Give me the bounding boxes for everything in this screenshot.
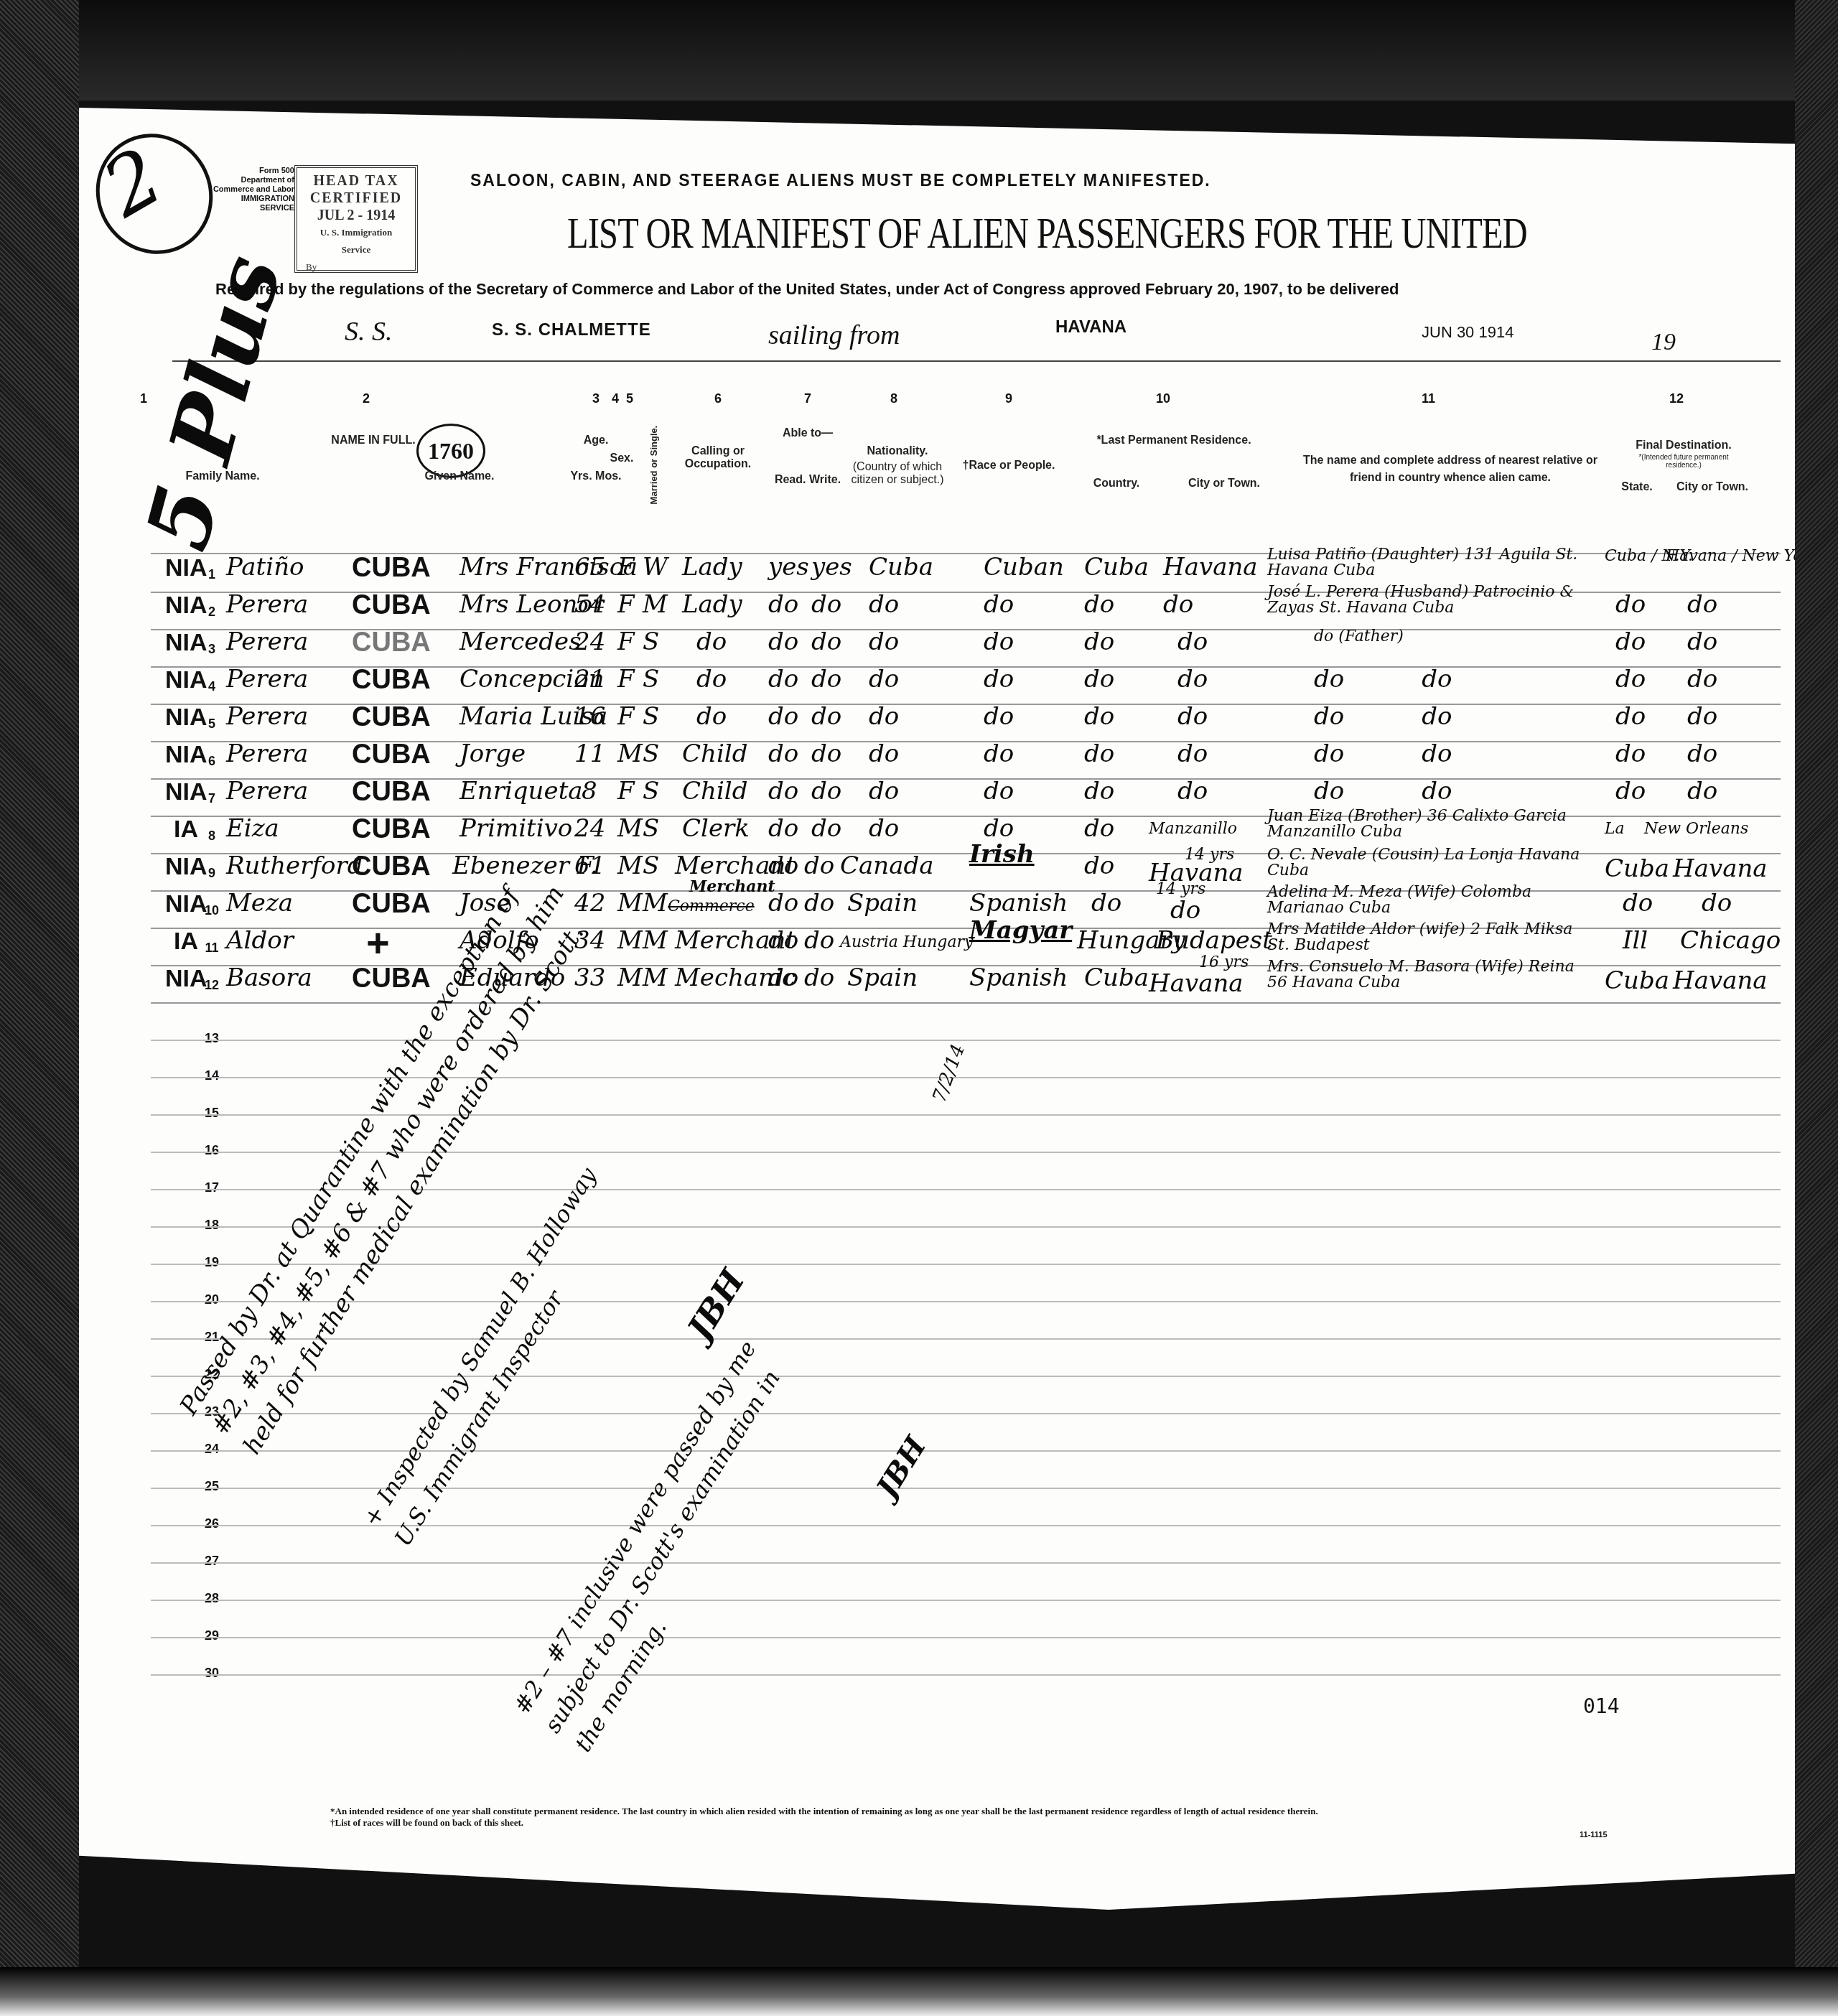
col-num-5: 5 [626, 391, 633, 406]
ship-name: S. S. CHALMETTE [492, 320, 651, 340]
destination-state: Ill [1623, 926, 1648, 955]
head-tax-stamp: HEAD TAX CERTIFIED JUL 2 - 1914 U. S. Im… [294, 165, 418, 273]
rule [151, 1376, 1781, 1377]
row-number: 14 [201, 1068, 223, 1083]
rule [151, 1600, 1781, 1601]
header-married-single: Married or Single. [648, 422, 659, 508]
family-name: Perera [226, 702, 308, 731]
read: yes [768, 553, 809, 582]
col-num-4: 4 [612, 391, 619, 406]
age: 33 [574, 963, 605, 992]
family-name: Perera [226, 665, 308, 694]
race: do [984, 739, 1014, 768]
inspection-code: IA [174, 928, 198, 956]
sex: F [617, 702, 635, 731]
marital-status: S [643, 851, 659, 880]
department: Department of Commerce and Labor [208, 176, 294, 195]
footnotes: *An intended residence of one year shall… [330, 1806, 1694, 1829]
col-num-10: 10 [1156, 391, 1170, 406]
family-name: Perera [226, 590, 308, 619]
header-relative: The name and complete address of nearest… [1300, 452, 1601, 487]
sex: F [617, 590, 635, 619]
destination-city: do [1687, 777, 1717, 806]
nationality: do [869, 739, 899, 768]
row-number: 8 [201, 829, 223, 844]
race: Magyar [969, 916, 1072, 945]
nearest-relative: Mrs Matilde Aldor (wife) 2 Falk Miksa St… [1267, 922, 1597, 953]
destination-city: do [1687, 739, 1717, 768]
sailing-date: JUN 30 1914 [1422, 323, 1513, 342]
form-id: Form 500 Department of Commerce and Labo… [208, 167, 294, 213]
race: do [984, 777, 1014, 806]
cuba-stamp: CUBA [352, 851, 431, 882]
destination-state: do [1615, 590, 1646, 619]
read: do [768, 590, 798, 619]
examination-note: #2 – #7 inclusive were passed by me subj… [505, 1306, 844, 1759]
divider [172, 360, 1781, 362]
row-number: 19 [201, 1255, 223, 1270]
residence-city: Havana [1163, 553, 1258, 582]
given-name: Jorge [459, 739, 526, 768]
occupation: Lady [682, 590, 742, 619]
occupation: Child [682, 739, 747, 768]
subtitle: Required by the regulations of the Secre… [215, 280, 1399, 299]
stamp-date: JUL 2 - 1914 [306, 207, 406, 224]
read: do [768, 739, 798, 768]
form-number: Form 500 [208, 167, 294, 176]
given-name: Mrs Francisca [459, 553, 638, 582]
residence-country: do [1084, 777, 1114, 806]
age: 61 [574, 851, 605, 880]
col-num-12: 12 [1669, 391, 1684, 406]
row-number: 9 [201, 866, 223, 881]
rule [151, 1562, 1781, 1564]
row-number: 1 [201, 567, 223, 582]
destination-state: La [1605, 820, 1625, 838]
sex: M [617, 851, 643, 880]
residence-country: do [1084, 851, 1114, 880]
row-number: 24 [201, 1442, 223, 1457]
sex: M [617, 814, 643, 843]
header-state: State. [1608, 481, 1666, 494]
row-number: 17 [201, 1180, 223, 1195]
rule [151, 1674, 1781, 1676]
read: do [768, 665, 798, 694]
header-final-destination: Final Destination. [1623, 439, 1745, 452]
inspection-code: IA [174, 816, 198, 844]
rule [151, 1002, 1781, 1004]
destination-state: do [1623, 889, 1653, 918]
header-nationality: Nationality. [847, 445, 948, 458]
ss-label: S. S. [345, 316, 393, 347]
nationality: Cuba [869, 553, 933, 582]
age: 8 [582, 777, 597, 806]
nearest-relative: do do [1314, 665, 1452, 694]
header-yrs-mos: Yrs. Mos. [567, 470, 625, 483]
service: IMMIGRATION SERVICE [208, 195, 294, 213]
residence-city: Havana [1149, 969, 1244, 998]
scan-border-left [0, 0, 79, 2016]
write: do [811, 739, 841, 768]
write: do [811, 814, 841, 843]
nationality: do [869, 627, 899, 656]
header-sex: Sex. [607, 452, 636, 465]
read: do [768, 777, 798, 806]
destination-city: do [1687, 665, 1717, 694]
residence-country: Cuba [1084, 553, 1149, 582]
destination-state: Cuba [1605, 854, 1669, 883]
race: Irish [969, 840, 1035, 869]
row-number: 25 [201, 1479, 223, 1494]
occupation-correction: Merchant [689, 877, 775, 896]
race: do [984, 665, 1014, 694]
col-num-11: 11 [1422, 391, 1435, 406]
race: do [984, 702, 1014, 731]
cuba-stamp: CUBA [352, 590, 431, 621]
header-race: †Race or People. [955, 459, 1063, 472]
row-number: 20 [201, 1292, 223, 1307]
destination-state: do [1615, 627, 1646, 656]
occupation: Child [682, 777, 747, 806]
residence-city: Budapest [1156, 926, 1272, 955]
nationality: Austria Hungary [840, 933, 974, 951]
col-num-8: 8 [890, 391, 897, 406]
age: 24 [574, 627, 605, 656]
occupation: do [696, 702, 727, 731]
race: do [984, 814, 1014, 843]
nationality: do [869, 702, 899, 731]
race: Spanish [969, 889, 1068, 918]
col-num-6: 6 [714, 391, 722, 406]
header-age: Age. [567, 434, 625, 447]
row-number: 15 [201, 1106, 223, 1121]
read: do [768, 963, 798, 992]
age: 65 [574, 553, 605, 582]
header-last-residence: *Last Permanent Residence. [1070, 434, 1278, 447]
given-name: Enriqueta [459, 777, 583, 806]
write: do [811, 777, 841, 806]
read: do [768, 926, 798, 955]
family-name: Eiza [226, 814, 279, 843]
occupation: Lady [682, 553, 742, 582]
marital-status: S [643, 702, 659, 731]
marital-status: M [643, 889, 668, 918]
age: 54 [574, 590, 605, 619]
nearest-relative: do do [1314, 702, 1452, 731]
destination-city: New Orleans [1644, 820, 1748, 838]
row-number: 5 [201, 717, 223, 732]
cuba-stamp: CUBA [352, 627, 431, 658]
race: Cuban [984, 553, 1064, 582]
row-number: 12 [201, 978, 223, 993]
sex: M [617, 739, 643, 768]
residence-city: do [1177, 739, 1208, 768]
col-num-9: 9 [1005, 391, 1012, 406]
row-number: 16 [201, 1143, 223, 1158]
footnote-races: †List of races will be found on back of … [330, 1817, 1694, 1829]
residence-city: do [1170, 896, 1200, 925]
destination-city: Chicago [1680, 926, 1781, 955]
destination-city: do [1702, 889, 1732, 918]
marital-status: M [643, 926, 668, 955]
marital-status: S [643, 777, 659, 806]
residence-country: do [1084, 627, 1114, 656]
write: do [804, 851, 834, 880]
cuba-stamp: CUBA [352, 665, 431, 696]
row-number: 30 [201, 1666, 223, 1681]
nearest-relative: do (Father) [1314, 627, 1404, 645]
rule [151, 1301, 1781, 1302]
destination-state: do [1615, 739, 1646, 768]
footnote-residence: *An intended residence of one year shall… [330, 1806, 1694, 1817]
destination-city: do [1687, 627, 1717, 656]
port: HAVANA [1055, 317, 1126, 337]
stamp-line2: CERTIFIED [306, 190, 406, 207]
destination-state: do [1615, 777, 1646, 806]
sailing-from-label: sailing from [768, 319, 900, 351]
destination-state: do [1615, 702, 1646, 731]
residence-country: do [1084, 739, 1114, 768]
nearest-relative: Luisa Patiño (Daughter) 131 Aguila St. H… [1267, 547, 1597, 579]
marital-status: S [643, 627, 659, 656]
marital-status: W [643, 553, 668, 582]
nearest-relative: Juan Eiza (Brother) 36 Calixto Garcia Ma… [1267, 808, 1597, 840]
nearest-relative: José L. Perera (Husband) Patrocinio & Za… [1267, 584, 1597, 616]
rule [151, 1264, 1781, 1265]
nationality: do [869, 777, 899, 806]
scan-border-bottom [0, 1967, 1838, 2016]
write: do [811, 590, 841, 619]
residence-city: Manzanillo [1149, 820, 1237, 838]
row-number: 18 [201, 1218, 223, 1233]
header-country: Country. [1070, 477, 1163, 490]
destination-city: do [1687, 590, 1717, 619]
nearest-relative: Adelina M. Meza (Wife) Colomba Marianao … [1267, 885, 1597, 916]
age: 21 [574, 665, 605, 694]
rule [151, 1637, 1781, 1638]
cross-mark: + [366, 919, 390, 966]
row-number: 11 [201, 941, 223, 956]
stamp-by: By [306, 258, 406, 276]
sex: F [617, 553, 635, 582]
rule [151, 1338, 1781, 1340]
row-number: 27 [201, 1554, 223, 1569]
stamp-line1: HEAD TAX [306, 172, 406, 190]
destination-city: Havana [1673, 966, 1768, 995]
rule [151, 1413, 1781, 1414]
nearest-relative: O. C. Nevale (Cousin) La Lonja Havana Cu… [1267, 847, 1597, 879]
residence-country: do [1091, 889, 1121, 918]
residence-country: do [1084, 702, 1114, 731]
age: 16 [574, 702, 605, 731]
header-given-name: Given Name. [409, 470, 510, 483]
family-name: Perera [226, 739, 308, 768]
col-num-3: 3 [592, 391, 600, 406]
header-name-in-full: NAME IN FULL. [323, 434, 424, 447]
nearest-relative: do do [1314, 777, 1452, 806]
nearest-relative: do do [1314, 739, 1452, 768]
row-number: 6 [201, 754, 223, 769]
write: do [811, 627, 841, 656]
destination-city: do [1687, 702, 1717, 731]
col-num-7: 7 [804, 391, 811, 406]
write: do [811, 665, 841, 694]
marital-status: S [643, 665, 659, 694]
family-name: Basora [226, 963, 312, 992]
read: do [768, 814, 798, 843]
manifest-sheet: Form 500 Department of Commerce and Labo… [79, 108, 1795, 1910]
marital-status: M [643, 963, 668, 992]
age: 24 [574, 814, 605, 843]
occupation: Commerce [668, 897, 755, 915]
margin-note: 5 Plus [126, 245, 302, 559]
sex: F [617, 627, 635, 656]
sex: M [617, 889, 643, 918]
occupation: do [696, 627, 727, 656]
nationality: Canada [840, 851, 934, 880]
row-number: 13 [201, 1031, 223, 1046]
row-number: 28 [201, 1591, 223, 1606]
age: 11 [574, 739, 605, 768]
examination-initials: JBH [869, 1431, 933, 1504]
header-city-town: City or Town. [1170, 477, 1278, 490]
race: Spanish [969, 963, 1068, 992]
write: do [804, 963, 834, 992]
row-number: 10 [201, 903, 223, 918]
marital-status: M [643, 590, 668, 619]
cuba-stamp: CUBA [352, 963, 431, 994]
col-num-1: 1 [140, 391, 147, 406]
write: yes [811, 553, 852, 582]
read: do [768, 889, 798, 918]
sex: F [617, 777, 635, 806]
family-name: Aldor [226, 926, 294, 955]
row-number: 2 [201, 605, 223, 620]
row-number: 3 [201, 642, 223, 657]
write: do [811, 702, 841, 731]
sex: M [617, 963, 643, 992]
scan-border-top [0, 0, 1838, 101]
year-prefix: 19 [1651, 329, 1676, 356]
rule [151, 1040, 1781, 1041]
quarantine-note-date: 7/2/14 [928, 1042, 969, 1106]
stamp-line3: U. S. Immigration Service [306, 224, 406, 258]
cuba-stamp: CUBA [352, 702, 431, 733]
nationality: do [869, 590, 899, 619]
family-name: Rutherford [226, 851, 363, 880]
residence-city: do [1177, 777, 1208, 806]
cuba-stamp: CUBA [352, 889, 431, 920]
nearest-relative: Mrs. Consuelo M. Basora (Wife) Reina 56 … [1267, 959, 1597, 991]
family-name: Patiño [226, 553, 304, 582]
row-number: 7 [201, 791, 223, 806]
sex: M [617, 926, 643, 955]
nationality: do [869, 814, 899, 843]
header-read-write: Read. Write. [768, 474, 847, 487]
page-title: LIST OR MANIFEST OF ALIEN PASSENGERS FOR… [567, 208, 1527, 259]
destination-state: Cuba [1605, 966, 1669, 995]
occupation: Clerk [682, 814, 750, 843]
read: do [768, 627, 798, 656]
residence-country: do [1084, 665, 1114, 694]
residence-city: do [1177, 665, 1208, 694]
read: do [768, 702, 798, 731]
cuba-stamp: CUBA [352, 814, 431, 845]
family-name: Perera [226, 777, 308, 806]
scan-border-right [1795, 0, 1838, 2016]
header-occupation: Calling or Occupation. [678, 445, 757, 471]
residence-city: do [1177, 702, 1208, 731]
marital-status: S [643, 739, 659, 768]
read: do [768, 851, 798, 880]
marital-status: S [643, 814, 659, 843]
cuba-stamp: CUBA [352, 777, 431, 808]
cuba-stamp: CUBA [352, 739, 431, 770]
destination-state: do [1615, 665, 1646, 694]
sex: F [617, 665, 635, 694]
given-name: Primitivo [459, 814, 572, 843]
row-number: 29 [201, 1628, 223, 1643]
page-stamp: 014 [1583, 1694, 1620, 1718]
header-nationality-sub: (Country of which citizen or subject.) [847, 461, 948, 487]
nationality: Spain [847, 889, 918, 918]
write: do [804, 926, 834, 955]
banner: SALOON, CABIN, AND STEERAGE ALIENS MUST … [470, 171, 1211, 190]
given-name: Mercedes [459, 627, 582, 656]
destination-city: Havana [1673, 854, 1768, 883]
residence-country: do [1084, 590, 1114, 619]
cuba-stamp: CUBA [352, 553, 431, 584]
form-code: 11-1115 [1580, 1831, 1608, 1839]
residence-country: Cuba [1084, 963, 1149, 992]
header-dest-city: City or Town. [1666, 481, 1759, 494]
row-number: 4 [201, 679, 223, 694]
row-number: 26 [201, 1516, 223, 1531]
header-final-destination-sub: *(Intended future permanent residence.) [1623, 454, 1745, 470]
residence-city: do [1163, 590, 1193, 619]
race: do [984, 590, 1014, 619]
family-name: Meza [226, 889, 293, 918]
nationality: Spain [847, 963, 918, 992]
residence-country: do [1084, 814, 1114, 843]
write: do [804, 889, 834, 918]
col-num-2: 2 [363, 391, 370, 406]
header-able-to: Able to— [768, 427, 847, 440]
residence-city: do [1177, 627, 1208, 656]
occupation: do [696, 665, 727, 694]
family-name: Perera [226, 627, 308, 656]
nationality: do [869, 665, 899, 694]
race: do [984, 627, 1014, 656]
